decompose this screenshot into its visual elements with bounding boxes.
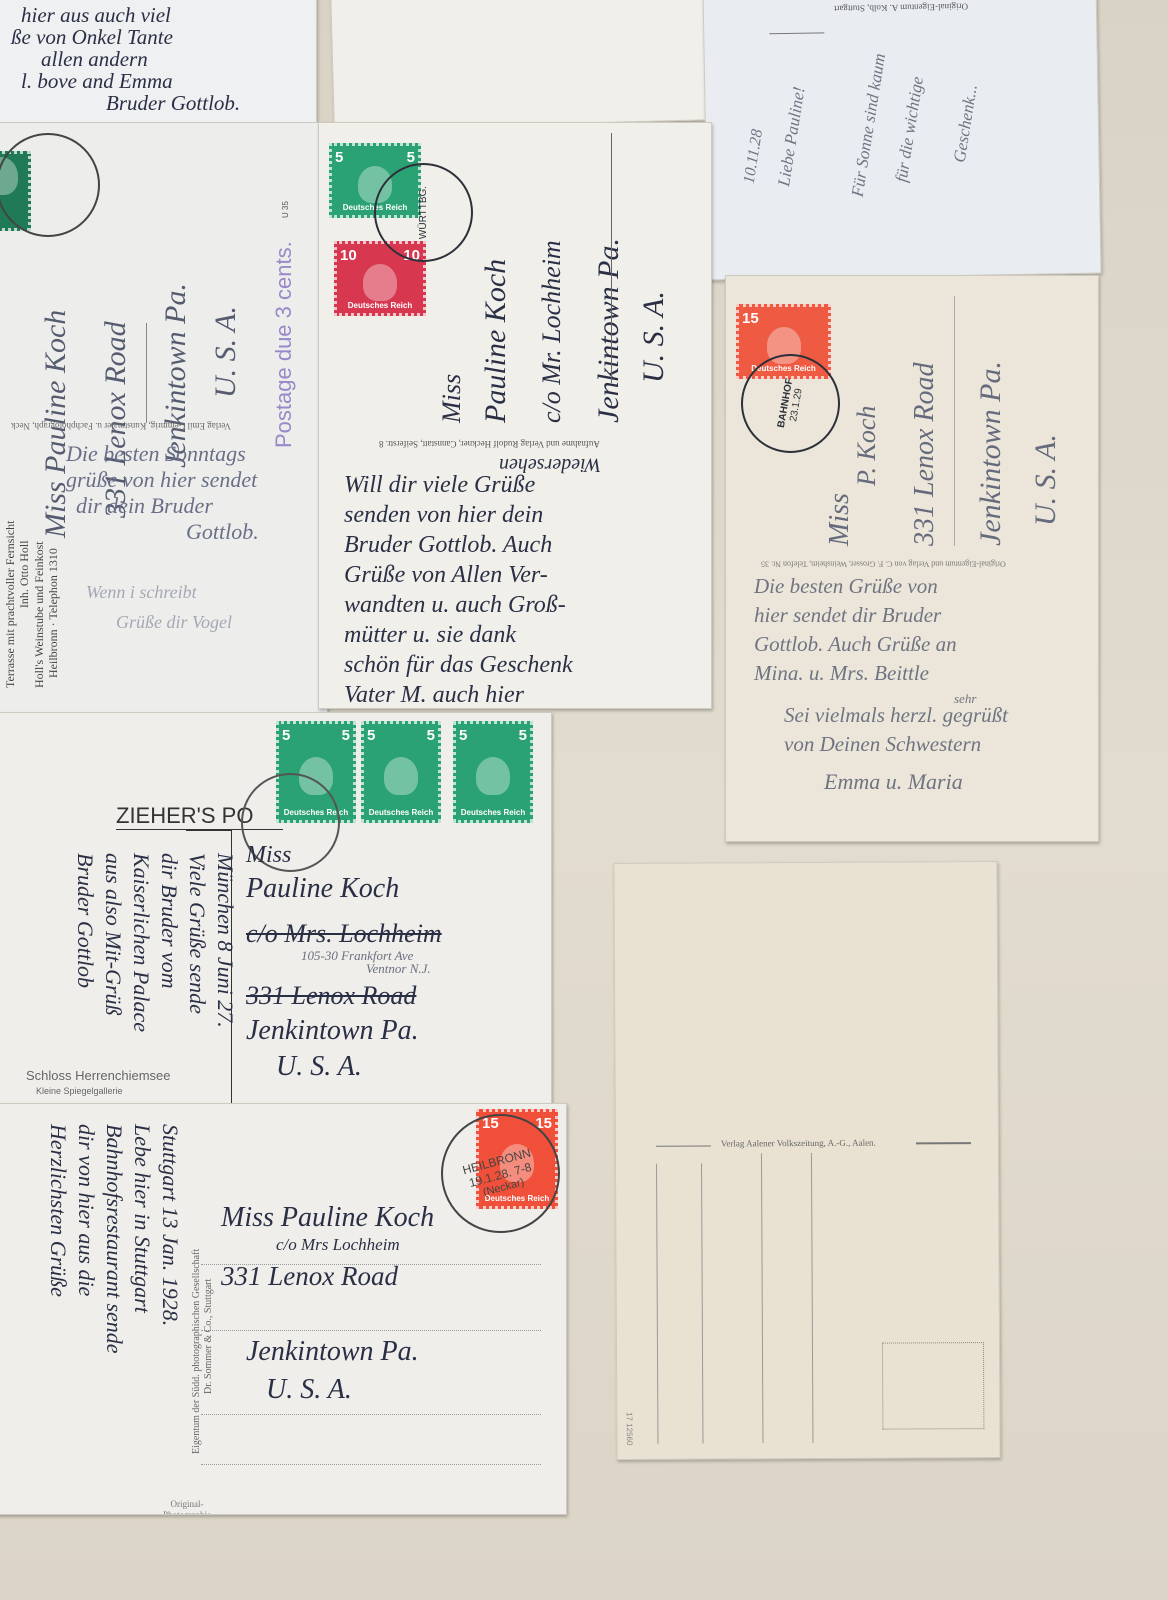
recipient-line: Jenkintown Pa.	[976, 361, 1006, 546]
message-line: l. bove and Emma	[21, 71, 240, 92]
recipient-line: Jenkintown Pa.	[246, 1338, 434, 1366]
photo-label-line: Photographie	[163, 1510, 211, 1515]
recipient-line: c/o Mr. Lochheim	[539, 240, 565, 423]
stamp-portrait	[476, 757, 510, 795]
message-line: allen andern	[41, 49, 240, 70]
postcard-herrenchiemsee: ZIEHER'S PO 55 Deutsches Reich 55 Deutsc…	[0, 712, 552, 1109]
caption-line: Holl's Weinstube und Feinkost	[32, 521, 46, 688]
publisher-imprint: Original-Eigentum und Verlag von C. F. G…	[761, 559, 1006, 569]
publisher-imprint: Dr. Sommer & Co., Stuttgart	[203, 1249, 215, 1454]
message-line: Bahnhofsrestaurant sende	[103, 1124, 125, 1354]
stamp-value: 5	[335, 149, 343, 166]
message-line: Die besten Grüße von	[754, 576, 1008, 597]
message-line: Die besten Sonntags	[66, 443, 259, 465]
postcard-bahnhof: 15 Deutsches Reich BAHNHOF 23.1.29 Miss …	[725, 275, 1099, 842]
publisher-imprint: Verlag Aalener Volkszeitung, A.-G., Aale…	[721, 1138, 876, 1150]
signature: Gottlob.	[186, 521, 259, 543]
message-line: Gottlob. Auch Grüße an	[754, 634, 1008, 655]
message-line: senden von hier dein	[344, 503, 573, 527]
recipient-line: U. S. A.	[639, 291, 669, 383]
stamp-value: 5	[282, 727, 290, 744]
message-line: dir von hier aus die	[75, 1124, 97, 1354]
recipient-line: Jenkintown Pa.	[594, 238, 624, 423]
message-line: aus also Mit-Grüß	[102, 853, 124, 1032]
postmark: WÜRTTBG.	[374, 163, 473, 262]
message-line: Kaiserlichen Palace	[130, 853, 152, 1032]
recipient-line: U. S. A.	[276, 1053, 442, 1081]
postcard-stuttgart: 1515 Deutsches Reich HEILBRONN 19.1.28. …	[0, 1103, 567, 1515]
caption-subtitle: Kleine Spiegelgallerie	[36, 1086, 123, 1097]
postcard-top-left: hier aus auch viel ße von Onkel Tante al…	[0, 0, 317, 127]
caption-line: Inh. Otto Holl	[17, 521, 31, 688]
recipient-line: Pauline Koch	[246, 875, 442, 903]
signature: Emma u. Maria	[824, 771, 1008, 793]
message-line: hier sendet dir Bruder	[754, 605, 1008, 626]
recipient-line: Miss Pauline Koch	[221, 1204, 434, 1232]
postcard-holls-weinstube: Miss Pauline Koch 331 Lenox Road Jenkint…	[0, 122, 328, 714]
postage-due-stamp: Postage due 3 cents.	[271, 241, 297, 448]
stamp-value: 15	[742, 310, 759, 327]
stamp-country: Deutsches Reich	[461, 808, 525, 817]
recipient-line: Pauline Koch	[481, 259, 511, 423]
caption-line: Heilbronn · Telephon 1310	[46, 521, 60, 688]
recipient-line: Miss	[826, 493, 854, 546]
recipient-country: U. S. A.	[211, 306, 241, 398]
postmark-text: WÜRTTBG.	[418, 186, 429, 239]
forwarding-note: Ventnor N.J.	[366, 962, 442, 975]
message-line: Bruder Gottlob	[74, 853, 96, 1032]
message-line: Viele Grüße sende	[186, 853, 208, 1032]
message-line: hier aus auch viel	[21, 5, 240, 26]
caption-line: Terrasse mit prachtvoller Fernsicht	[3, 521, 17, 688]
dateline: Stuttgart 13 Jan. 1928.	[159, 1124, 181, 1354]
stamp-value: 5	[367, 727, 375, 744]
recipient-line: U. S. A.	[1031, 434, 1061, 526]
stamp-portrait	[363, 264, 397, 301]
recipient-line: 331 Lenox Road	[221, 1263, 434, 1290]
stamp-value: 10	[340, 247, 357, 264]
message-line: Herzlichsten Grüße	[47, 1124, 69, 1354]
message-line: von Deinen Schwestern	[784, 734, 1008, 755]
recipient-line: 331 Lenox Road	[911, 362, 939, 546]
postmark	[0, 133, 100, 237]
recipient-line: c/o Mrs Lochheim	[276, 1236, 434, 1253]
recipient-line: Jenkintown Pa.	[246, 1017, 442, 1045]
postcard-blank-top	[330, 0, 720, 130]
message-line: Vater M. auch hier	[344, 683, 573, 707]
message-line: mütter u. sie dank	[344, 623, 573, 647]
postmark: BAHNHOF 23.1.29	[741, 354, 840, 453]
publisher-imprint: Aufnahme und Verlag Rudolf Heckner, Cann…	[379, 438, 600, 449]
faint-message-line: Wenn i schreibt	[86, 583, 232, 601]
message-line: grüße von hier sendet	[66, 469, 259, 491]
stamp-country: Deutsches Reich	[369, 808, 433, 817]
photo-label-line: Original-	[163, 1499, 211, 1510]
postcard-cannstatt: 55 Deutsches Reich 1010 Deutsches Reich …	[318, 122, 712, 709]
publisher-imprint: Verlag Emil Gemmrig, Kunstmaler u. Fachp…	[11, 420, 231, 431]
recipient-line: Miss	[246, 843, 442, 867]
stamp-country: Deutsches Reich	[348, 301, 412, 310]
stamp-5-green: 55 Deutsches Reich	[453, 721, 533, 823]
stamp-placeholder-box	[882, 1342, 984, 1430]
stamp-value: 5	[459, 727, 467, 744]
signature: Bruder Gottlob.	[106, 93, 240, 114]
stamp-portrait	[384, 757, 418, 795]
card-code: 17 12560	[624, 1412, 634, 1445]
photo-label: Original- Photographie	[163, 1499, 211, 1515]
message-line: dir Bruder vom	[158, 853, 180, 1032]
postmark: HEILBRONN 19.1.28. 7-8 (Neckar)	[441, 1114, 560, 1233]
message-line: Mina. u. Mrs. Beittle	[754, 663, 1008, 684]
stamp-5-green: 55 Deutsches Reich	[361, 721, 441, 823]
faint-message-line: Grüße dir Vogel	[116, 613, 232, 631]
recipient-line: P. Koch	[854, 406, 880, 486]
card-code: U 35	[281, 201, 291, 218]
message-line: schön für das Geschenk	[344, 653, 573, 677]
dateline: München 8 Juni 27.	[214, 853, 236, 1032]
postcard-blank-aalen: Verlag Aalener Volkszeitung, A.-G., Aale…	[613, 861, 1000, 1460]
recipient-line: U. S. A.	[266, 1376, 434, 1404]
message-line: dir dein Bruder	[76, 495, 259, 517]
message-line: Grüße von Allen Ver-	[344, 563, 573, 587]
stamp-value: 5	[427, 727, 435, 744]
message-line: wandten u. auch Groß-	[344, 593, 573, 617]
recipient-line: 331 Lenox Road	[246, 983, 442, 1009]
stamp-value: 5	[342, 727, 350, 744]
message-line: Will dir viele Grüße	[344, 473, 573, 497]
message-line: ße von Onkel Tante	[11, 27, 240, 48]
postcard-faint-pencil: Original-Eigentum A. Kolb, Stuttgart 10.…	[702, 0, 1101, 280]
caption-title: Schloss Herrenchiemsee	[26, 1068, 171, 1084]
message-line: Lebe hier in Stuttgart	[131, 1124, 153, 1354]
publisher-imprint: Eigentum der Südd. photographischen Gese…	[191, 1249, 203, 1454]
message-line: Bruder Gottlob. Auch	[344, 533, 573, 557]
stamp-value: 5	[519, 727, 527, 744]
recipient-line: c/o Mrs. Lochheim	[246, 921, 442, 947]
message-line: Sei vielmals herzl. gegrüßt	[784, 705, 1008, 726]
recipient-line: Miss	[439, 374, 465, 423]
